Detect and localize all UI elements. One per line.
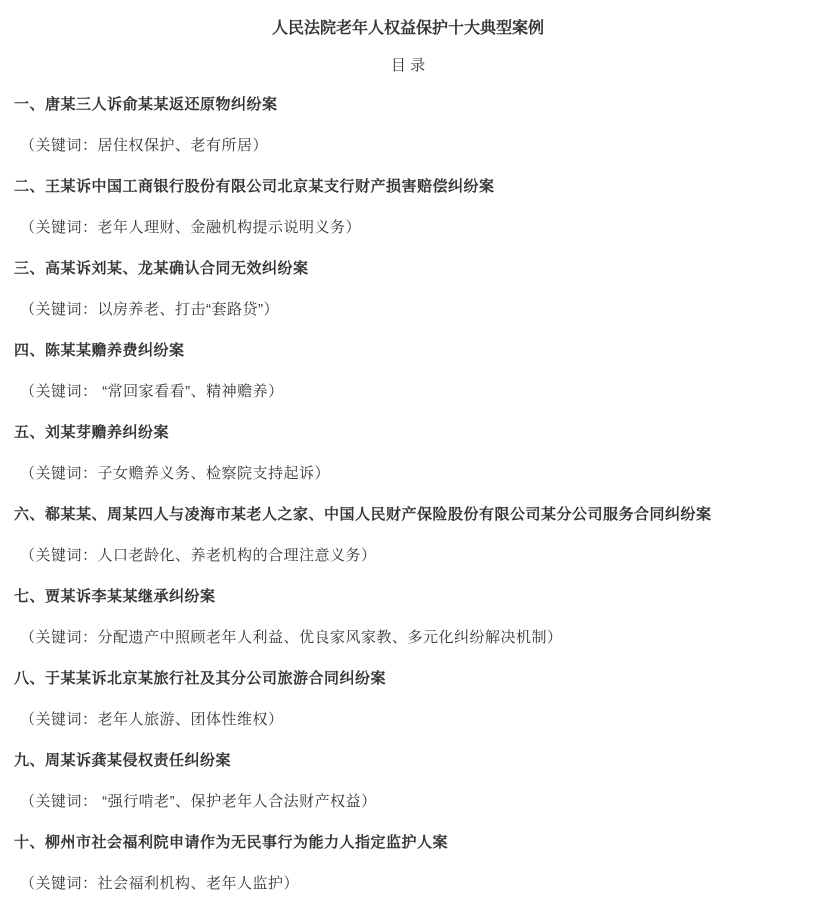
case-keywords: （关键词：以房养老、打击“套路贷”）	[14, 302, 802, 318]
case-entry: 二、王某诉中国工商银行股份有限公司北京某支行财产损害赔偿纠纷案 （关键词：老年人…	[14, 179, 802, 236]
case-title: 三、高某诉刘某、龙某确认合同无效纠纷案	[14, 261, 802, 277]
toc-label: 目 录	[14, 58, 802, 74]
case-title: 六、郗某某、周某四人与凌海市某老人之家、中国人民财产保险股份有限公司某分公司服务…	[14, 507, 802, 523]
case-title: 八、于某某诉北京某旅行社及其分公司旅游合同纠纷案	[14, 671, 802, 687]
case-keywords: （关键词：人口老龄化、养老机构的合理注意义务）	[14, 548, 802, 564]
case-entry: 一、唐某三人诉俞某某返还原物纠纷案 （关键词：居住权保护、老有所居）	[14, 97, 802, 154]
case-keywords: （关键词：子女赡养义务、检察院支持起诉）	[14, 466, 802, 482]
case-title: 十、柳州市社会福利院申请作为无民事行为能力人指定监护人案	[14, 835, 802, 851]
case-title: 二、王某诉中国工商银行股份有限公司北京某支行财产损害赔偿纠纷案	[14, 179, 802, 195]
case-title: 一、唐某三人诉俞某某返还原物纠纷案	[14, 97, 802, 113]
case-keywords: （关键词：居住权保护、老有所居）	[14, 138, 802, 154]
case-title: 五、刘某芽赡养纠纷案	[14, 425, 802, 441]
case-keywords: （关键词：老年人理财、金融机构提示说明义务）	[14, 220, 802, 236]
case-title: 四、陈某某赡养费纠纷案	[14, 343, 802, 359]
case-entry: 八、于某某诉北京某旅行社及其分公司旅游合同纠纷案 （关键词：老年人旅游、团体性维…	[14, 671, 802, 728]
case-entry: 四、陈某某赡养费纠纷案 （关键词： “常回家看看”、精神赡养）	[14, 343, 802, 400]
case-keywords: （关键词： “强行啃老”、保护老年人合法财产权益）	[14, 794, 802, 810]
case-entry: 七、贾某诉李某某继承纠纷案 （关键词：分配遗产中照顾老年人利益、优良家风家教、多…	[14, 589, 802, 646]
case-keywords: （关键词：社会福利机构、老年人监护）	[14, 876, 802, 892]
document-page: 人民法院老年人权益保护十大典型案例 目 录 一、唐某三人诉俞某某返还原物纠纷案 …	[0, 0, 816, 900]
case-entry: 三、高某诉刘某、龙某确认合同无效纠纷案 （关键词：以房养老、打击“套路贷”）	[14, 261, 802, 318]
case-entry: 五、刘某芽赡养纠纷案 （关键词：子女赡养义务、检察院支持起诉）	[14, 425, 802, 482]
case-entry: 六、郗某某、周某四人与凌海市某老人之家、中国人民财产保险股份有限公司某分公司服务…	[14, 507, 802, 564]
case-entry: 九、周某诉龚某侵权责任纠纷案 （关键词： “强行啃老”、保护老年人合法财产权益）	[14, 753, 802, 810]
document-title: 人民法院老年人权益保护十大典型案例	[14, 20, 802, 37]
case-keywords: （关键词：老年人旅游、团体性维权）	[14, 712, 802, 728]
case-title: 七、贾某诉李某某继承纠纷案	[14, 589, 802, 605]
case-title: 九、周某诉龚某侵权责任纠纷案	[14, 753, 802, 769]
case-keywords: （关键词：分配遗产中照顾老年人利益、优良家风家教、多元化纠纷解决机制）	[14, 630, 802, 646]
case-entry: 十、柳州市社会福利院申请作为无民事行为能力人指定监护人案 （关键词：社会福利机构…	[14, 835, 802, 892]
case-keywords: （关键词： “常回家看看”、精神赡养）	[14, 384, 802, 400]
case-list: 一、唐某三人诉俞某某返还原物纠纷案 （关键词：居住权保护、老有所居） 二、王某诉…	[14, 97, 802, 892]
